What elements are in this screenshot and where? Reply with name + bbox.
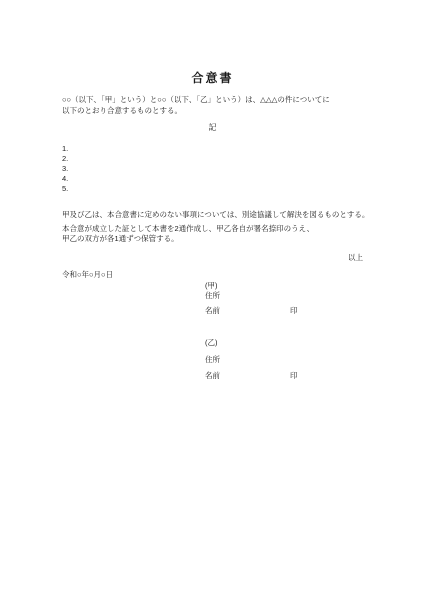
list-item-2: 2. [62,154,68,164]
list-item-3: 3. [62,164,68,174]
party-a-name-label: 名前 [205,306,220,315]
party-b-seal-label: 印 [290,371,298,381]
party-b-label: (乙) [205,338,218,348]
record-marker: 記 [0,123,425,134]
party-b-name-row: 名前 印 [205,371,365,381]
numbered-list: 1. 2. 3. 4. 5. [62,144,68,194]
party-b-address-label: 住所 [205,355,220,365]
list-item-5: 5. [62,184,68,194]
document-title: 合意書 [0,69,425,86]
list-item-1: 1. [62,144,68,154]
date-line: 令和○年○月○日 [62,270,113,280]
party-a-name-row: 名前 印 [205,306,365,316]
list-item-4: 4. [62,174,68,184]
intro-paragraph-line-1: ○○（以下、「甲」という）と○○（以下、「乙」という）は、△△△の件についてに [62,95,330,105]
agreement-document-page: 合意書 ○○（以下、「甲」という）と○○（以下、「乙」という）は、△△△の件につ… [0,0,425,600]
closing-statement: 以上 [0,253,363,263]
clause-copies-line-2: 甲乙の双方が各1通ずつ保管する。 [62,234,179,244]
party-b-name-label: 名前 [205,371,220,380]
clause-copies-line-1: 本合意が成立した証として本書を2通作成し、甲乙各自が署名捺印のうえ、 [62,224,314,234]
clause-misc-provisions: 甲及び乙は、本合意書に定めのない事項については、別途協議して解決を図るものとする… [62,210,369,220]
party-a-label: (甲) [205,281,218,291]
party-a-seal-label: 印 [290,306,298,316]
party-a-address-label: 住所 [205,291,220,301]
intro-paragraph-line-2: 以下のとおり合意するものとする。 [62,106,182,116]
